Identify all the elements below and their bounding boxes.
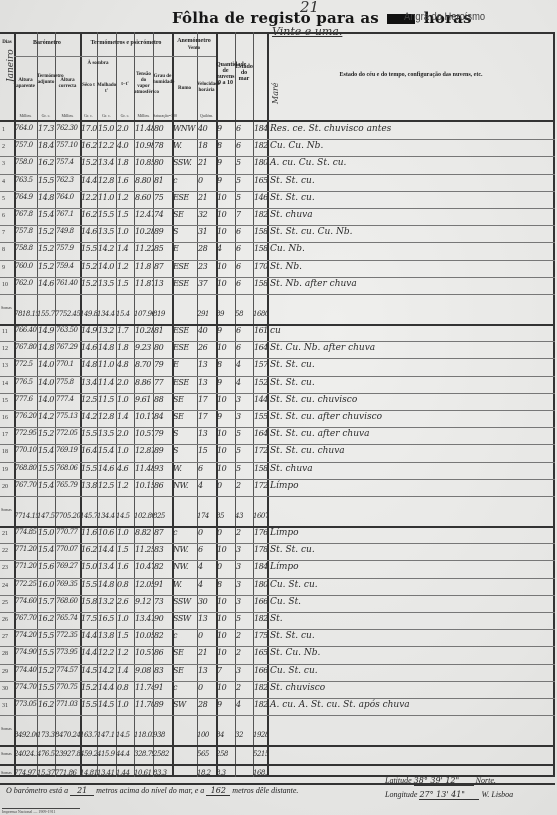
day-number: 18 [2,449,8,455]
cell-alt-corr: 770.07 [56,545,80,553]
unit-label: Quilóm. [197,113,216,118]
latitude: Latitude 38° 39' 12" Norte. [385,776,496,786]
unit-label: Gr. c. [97,113,116,118]
cell-tensao: 11.48 [135,464,153,473]
cell-diff: 4.8 [117,360,134,369]
cell-term: 14.6 [38,279,55,288]
cell-vel: 21 [198,158,216,167]
cell-diff: 1.5 [117,210,134,219]
cell-humid: 75 [154,193,172,202]
cell-nuvens: 8 [217,580,235,589]
day-number: 10 [2,282,8,288]
cell-seco: 14.8 [81,360,97,369]
cell-vel: 21 [198,193,216,202]
cell-mare: 144 [254,395,267,404]
weather-remark: A. cu. A. St. cu. St. após chuva [270,700,410,710]
cell-rumo: W. [173,141,197,150]
cell-alt-ap: 764.9 [15,193,37,201]
day-number: 19 [2,467,8,473]
sum-nuvens: 89 [216,310,235,318]
cell-nuvens: 0 [217,562,235,571]
cell-tensao: 8.80 [135,176,153,185]
cell-diff: 1.0 [117,227,134,236]
cell-rumo: ESE [173,193,197,202]
cell-vel: 17 [198,395,216,404]
cell-rumo: ESE [173,378,197,387]
header-remarks: Estado do céu e do tempo, configuração d… [267,72,555,78]
cell-tensao: 9.61 [135,395,153,404]
cell-vel: 0 [198,176,216,185]
table-row: 22771.2015.4770.0716.214.41.511.2583NW.6… [0,543,555,560]
cell-humid: 87 [154,262,172,271]
cell-mare: 158 [254,279,267,288]
sum-term: 15.37 [37,769,55,777]
cell-alt-ap: 773.05 [15,700,37,708]
cell-alt-ap: 760.0 [15,262,37,270]
weather-remark: St. chuvisco [270,683,325,693]
cell-mare: 182 [254,141,267,150]
cell-mare: 164 [254,429,267,438]
cell-seco: 15.2 [81,279,97,288]
cell-vel: 6 [198,545,216,554]
sum-label: Somas [1,305,12,310]
cell-molh: 13.8 [98,631,116,640]
sum-alt-ap: 7818.150 [14,310,37,318]
table-row: 23771.2015.6769.2715.013.41.610.4782NW.4… [0,560,555,577]
cell-vel: 4 [198,562,216,571]
sum-alt-corr: 23927.89 [55,750,80,758]
cell-alt-corr: 773.95 [56,648,80,656]
header-subrule [14,56,172,57]
cell-seco: 12.2 [81,193,97,202]
cell-tensao: 10.98 [135,141,153,150]
cell-seco: 16.2 [81,210,97,219]
cell-rumo: ESE [173,326,197,335]
cell-alt-corr: 775.8 [56,378,80,386]
sum-vel: 565 [197,750,216,758]
cell-seco: 12.5 [81,395,97,404]
header-anemometer: Anemómetro [172,38,216,44]
cell-nuvens: 10 [217,683,235,692]
cell-alt-ap: 774.90 [15,648,37,656]
cell-seco: 15.5 [81,464,97,473]
cell-molh: 11.0 [98,360,116,369]
table-row: 30774.7015.5770.7515.214.40.811.7491c010… [0,681,555,698]
sum-alt-ap: 774.97 [14,769,37,777]
sum-alt-corr: 771.86 [55,769,80,777]
cell-mar: 6 [236,227,253,236]
day-number: 6 [2,213,5,219]
cell-rumo: E [173,244,197,253]
header-nuvens: Quantidade de nuvens 0 a 10 [216,62,235,86]
cell-diff: 1.0 [117,446,134,455]
cell-mare: 164 [254,343,267,352]
table-row: 13772.514.0770.114.811.04.88.7079E138415… [0,358,555,375]
cell-humid: 80 [154,124,172,133]
day-number: 5 [2,196,5,202]
cell-rumo: SSW [173,614,197,623]
cell-tensao: 8.82 [135,528,153,537]
cell-term: 14.8 [38,193,55,202]
weather-remark: St. St. cu. after chuva [270,429,369,439]
cell-alt-corr: 765.74 [56,614,80,622]
cell-seco: 15.2 [81,683,97,692]
cell-molh: 14.4 [98,683,116,692]
day-number: 29 [2,669,8,675]
sum-seco: 459.2 [80,750,97,758]
cell-diff: 1.5 [117,631,134,640]
cell-molh: 14.5 [98,700,116,709]
header-barometer: Barómetro [14,40,80,46]
cell-humid: 83 [154,545,172,554]
sum-label: Somas [1,770,12,775]
cell-rumo: W. [173,464,197,473]
cell-alt-ap: 758.8 [15,244,37,252]
unit-label: Gr. c. [80,113,97,118]
cell-vel: 30 [198,597,216,606]
table-row: 14776.514.0775.813.411.42.08.8677ESE1394… [0,376,555,393]
cell-nuvens: 9 [217,158,235,167]
sum-alt-ap: 7714.15 [14,512,37,520]
weather-remark: cu [270,326,281,336]
weather-remark: Límpo [270,562,299,572]
header-altura-aparente: Altura aparente [14,78,37,90]
cell-humid: 81 [154,326,172,335]
cell-alt-ap: 763.5 [15,176,37,184]
cell-humid: 80 [154,343,172,352]
cell-tensao: 12.41 [135,210,153,219]
cell-diff: 1.7 [117,326,134,335]
table-row: 16776.2014.2775.1314.212.81.410.1784SE17… [0,410,555,427]
cell-nuvens: 9 [217,326,235,335]
cell-rumo: SE [173,648,197,657]
weather-remark: Cu. Nb. [270,244,305,254]
cell-humid: 93 [154,464,172,473]
day-number: 25 [2,600,8,606]
cell-mar: 6 [236,262,253,271]
cell-seco: 11.6 [81,528,97,537]
cell-diff: 2.6 [117,597,134,606]
cell-alt-ap: 776.5 [15,378,37,386]
cell-term: 14.8 [38,343,55,352]
weather-remark: St. Cu. Nb. [270,648,320,658]
sum-tensao: 328.79 [134,750,153,758]
sum-diff: 44.4 [116,750,134,758]
cell-alt-corr: 769.35 [56,580,80,588]
cell-vel: 13 [198,666,216,675]
cell-mar: 6 [236,343,253,352]
cell-term: 15.7 [38,597,55,606]
cell-mar: 3 [236,562,253,571]
cell-mar: 6 [236,141,253,150]
unit-label: Millim. [134,113,153,118]
weather-remark: St. St. cu. [270,378,315,388]
cell-diff: 1.2 [117,262,134,271]
header-altura-correcta: Altura correcta [55,78,80,90]
cell-rumo: WNW [173,124,197,133]
cell-nuvens: 10 [217,648,235,657]
cell-nuvens: 10 [217,343,235,352]
cell-vel: 13 [198,378,216,387]
cell-humid: 80 [154,158,172,167]
sum-molh: 415.9 [97,750,116,758]
cell-alt-ap: 774.20 [15,631,37,639]
cell-term: 15.5 [38,176,55,185]
cell-humid: 83 [154,666,172,675]
cell-vel: 32 [198,210,216,219]
cell-term: 15.0 [38,528,55,537]
cell-tensao: 13.41 [135,614,153,623]
cell-alt-corr: 769.27 [56,562,80,570]
sum-alt-ap: 24024.15 [14,750,37,758]
cell-seco: 15.2 [81,262,97,271]
cell-nuvens: 9 [217,378,235,387]
cell-molh: 13.2 [98,597,116,606]
table-row: 31773.0516.2771.0315.514.51.011.7089SW28… [0,698,555,715]
cell-alt-corr: 765.79 [56,481,80,489]
cell-mar: 2 [236,631,253,640]
cell-diff: 1.4 [117,412,134,421]
sum-humid: 2582 [153,750,172,758]
sum-seco: 163.7 [80,731,97,739]
table-row: 18770.1015.4769.1916.415.41.012.8189S151… [0,444,555,461]
cell-alt-corr: 764.0 [56,193,80,201]
sum-vel: 291 [197,310,216,318]
cell-nuvens: 10 [217,193,235,202]
cell-seco: 16.2 [81,545,97,554]
cell-mar: 3 [236,580,253,589]
cell-seco: 17.0 [81,124,97,133]
table-row: 11766.4014.9763.5014.913.21.710.2881ESE4… [0,324,555,341]
cell-alt-corr: 772.05 [56,429,80,437]
table-row: 19768.8015.5768.0615.514.64.611.4893W.61… [0,462,555,479]
cell-alt-ap: 758.0 [15,158,37,166]
sum-row: Somas7714.15147.57705.20145.7134.414.510… [0,496,555,526]
table-row: 17772.9515.2772.0515.513.52.010.5779S131… [0,427,555,444]
sum-molh: 13.41 [97,769,116,777]
cell-tensao: 10.28 [135,326,153,335]
cell-mare: 166 [254,597,267,606]
cell-molh: 13.5 [98,227,116,236]
sum-term: 155.7 [37,310,55,318]
cell-mare: 152 [254,378,267,387]
sum-mare: 5215 [253,750,267,758]
cell-vel: 31 [198,227,216,236]
cell-alt-ap: 771.20 [15,562,37,570]
cell-nuvens: 7 [217,666,235,675]
cell-rumo: SW [173,700,197,709]
table-row: 3758.016.2757.415.213.41.810.8580SSW.219… [0,156,555,173]
cell-mar: 3 [236,666,253,675]
day-number: 31 [2,703,8,709]
cell-mare: 182 [254,683,267,692]
cell-tensao: 11.8 [135,262,153,271]
cell-nuvens: 10 [217,395,235,404]
header-tensao: Tensão do vapor atmosférico [134,72,153,96]
cell-tensao: 10.47 [135,562,153,571]
cell-nuvens: 10 [217,597,235,606]
sum-diff: 1.44 [116,769,134,777]
cell-mare: 180 [254,580,267,589]
cell-alt-ap: 774.60 [15,597,37,605]
cell-alt-corr: 757.4 [56,158,80,166]
cell-diff: 1.2 [117,481,134,490]
cell-seco: 15.5 [81,244,97,253]
cell-rumo: ESE [173,343,197,352]
cell-mare: 161 [254,326,267,335]
unit-label: Gr. c. [116,113,134,118]
cell-vel: 23 [198,262,216,271]
cell-term: 14.0 [38,360,55,369]
sum-label: Somas [1,726,12,731]
cell-molh: 13.4 [98,562,116,571]
header-grau-humidade: Grau de humidade [153,74,172,86]
cell-molh: 14.2 [98,244,116,253]
day-number: 21 [2,531,8,537]
cell-humid: 73 [154,597,172,606]
weather-remark: St. Nb. [270,262,302,272]
cell-molh: 15.4 [98,446,116,455]
weather-remark: St. Cu. Nb. after chuva [270,343,375,353]
cell-molh: 12.2 [98,648,116,657]
weather-remark: St. St. cu. after chuvisco [270,412,382,422]
cell-diff: 1.8 [117,158,134,167]
day-number: 13 [2,363,8,369]
cell-nuvens: 0 [217,481,235,490]
cell-alt-corr: 770.1 [56,360,80,368]
cell-rumo: SE [173,666,197,675]
cell-vel: 13 [198,614,216,623]
cell-molh: 10.6 [98,528,116,537]
header-molhado: Molhado t' [97,83,116,95]
cell-seco: 14.6 [81,227,97,236]
cell-humid: 86 [154,648,172,657]
cell-rumo: SE [173,210,197,219]
cell-seco: 14.4 [81,648,97,657]
cell-term: 15.4 [38,545,55,554]
cell-seco: 14.4 [81,631,97,640]
cell-mar: 3 [236,395,253,404]
cell-term: 14.0 [38,395,55,404]
cell-rumo: NW. [173,481,197,490]
cell-humid: 91 [154,683,172,692]
cell-mare: 165 [254,176,267,185]
cell-vel: 0 [198,683,216,692]
cell-diff: 1.2 [117,648,134,657]
cell-mare: 155 [254,412,267,421]
sum-term: 476.5 [37,750,55,758]
header-a-sombra: À sombra [80,61,116,67]
cell-nuvens: 10 [217,279,235,288]
cell-mare: 158 [254,464,267,473]
cell-seco: 16.2 [81,141,97,150]
cell-mar: 2 [236,481,253,490]
sum-diff: 15.4 [116,310,134,318]
sum-mare: 1928 [253,731,267,739]
cell-vel: 13 [198,429,216,438]
cell-tensao: 8.70 [135,360,153,369]
cell-nuvens: 10 [217,464,235,473]
cell-rumo: SSW. [173,158,197,167]
cell-diff: 1.0 [117,614,134,623]
cell-rumo: E [173,360,197,369]
cell-tensao: 10.05 [135,631,153,640]
table-row: 6767.815.4767.116.215.51.512.4174SE32107… [0,208,555,225]
cell-mare: 182 [254,614,267,623]
cell-seco: 17.5 [81,614,97,623]
cell-humid: 78 [154,141,172,150]
cell-mar: 5 [236,193,253,202]
weather-remark: Límpo [270,528,299,538]
weather-remark: A. cu. Cu. St. cu. [270,158,346,168]
cell-rumo: SSW [173,597,197,606]
sum-tensao: 107.96 [134,310,153,318]
header-termometro-adjunto: Termómetro adjunto [37,74,55,86]
cell-term: 15.6 [38,562,55,571]
weather-remark: St. Nb. after chuva [270,279,357,289]
cell-vel: 0 [198,631,216,640]
day-number: 27 [2,634,8,640]
cell-vel: 15 [198,446,216,455]
sum-label: Somas [1,751,12,756]
cell-mar: 6 [236,124,253,133]
cell-nuvens: 8 [217,141,235,150]
cell-humid: 74 [154,210,172,219]
sum-mare: 168.2 [253,769,267,777]
table-row: 29774.4015.2774.5714.514.21.49.0883SE137… [0,664,555,681]
cell-mar: 6 [236,244,253,253]
cell-vel: 18 [198,141,216,150]
cell-diff: 1.0 [117,700,134,709]
day-number: 3 [2,161,5,167]
cell-seco: 15.5 [81,429,97,438]
cell-nuvens: 9 [217,176,235,185]
table-row: 7757.815.2749.814.613.51.010.2889S311061… [0,225,555,242]
sum-mare: 1680 [253,310,267,318]
cell-alt-ap: 767.70 [15,614,37,622]
table-row: 21774.8515.0770.7711.610.61.08.8287c0021… [0,526,555,543]
cell-mare: 146 [254,193,267,202]
sum-alt-corr: 8470.24 [55,731,80,739]
cell-alt-corr: 762.30 [56,124,80,132]
sum-nuvens: 84 [216,731,235,739]
cell-seco: 15.5 [81,580,97,589]
cell-mare: 184 [254,562,267,571]
cell-molh: 14.2 [98,666,116,675]
day-number: 7 [2,230,5,236]
meters-above-sea: 21 [70,786,94,796]
header-rumo: Rumo [172,86,197,92]
cell-humid: 87 [154,528,172,537]
cell-tensao: 12.05 [135,580,153,589]
cell-humid: 91 [154,580,172,589]
cell-molh: 16.5 [98,614,116,623]
cell-term: 15.5 [38,648,55,657]
cell-diff: 2.0 [117,378,134,387]
cell-term: 15.2 [38,262,55,271]
weather-remark: St. chuva [270,464,313,474]
cell-vel: 40 [198,124,216,133]
table-row: 15777.614.0777.412.511.51.09.6188SE17103… [0,393,555,410]
cell-diff: 4.0 [117,141,134,150]
cell-nuvens: 9 [217,124,235,133]
cell-molh: 14.4 [98,545,116,554]
cell-seco: 15.5 [81,700,97,709]
cell-mar: 5 [236,464,253,473]
cell-alt-corr: 775.13 [56,412,80,420]
header-dias: Dias [0,40,14,46]
cell-vel: 26 [198,343,216,352]
